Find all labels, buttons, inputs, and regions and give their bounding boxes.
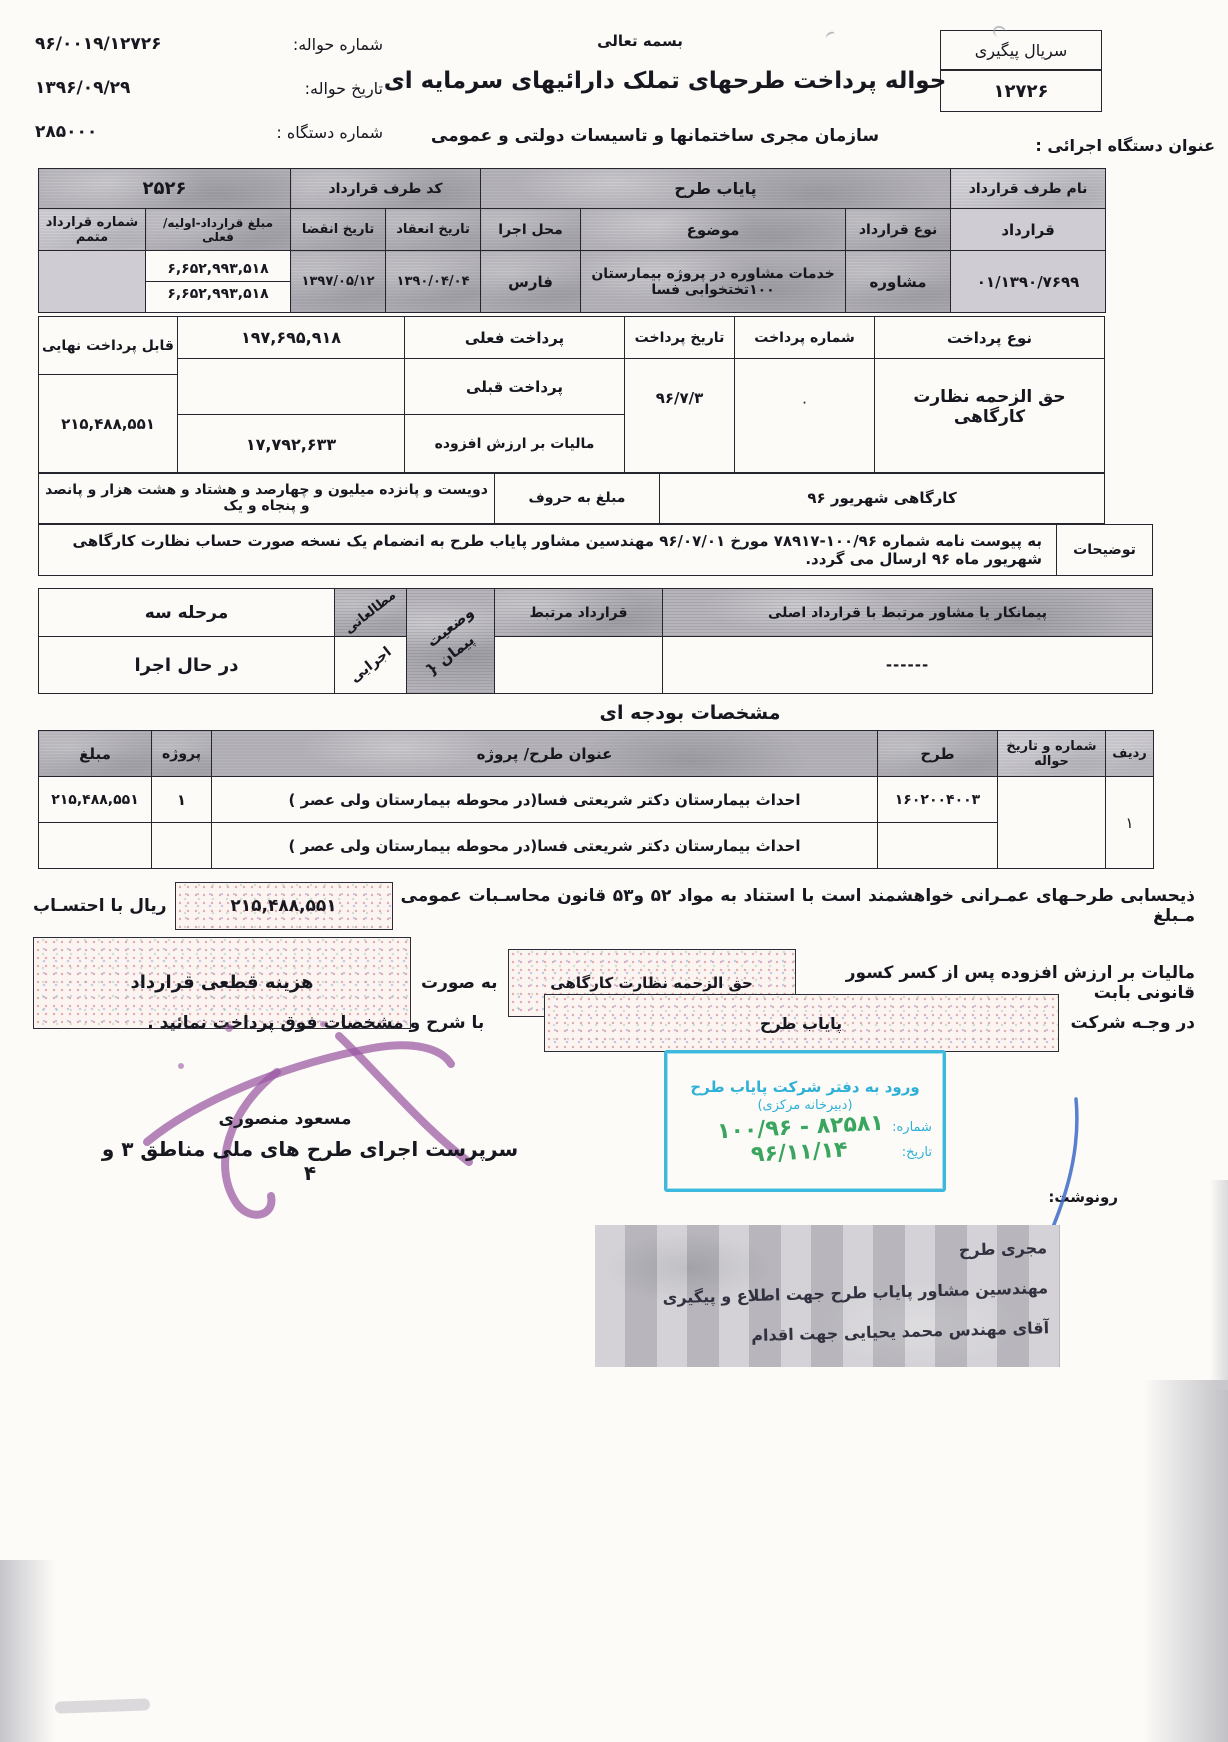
contract-location-value: فارس xyxy=(481,251,581,313)
budget-amount: ۲۱۵,۴۸۸,۵۵۱ xyxy=(39,777,152,823)
contract-location-label: محل اجرا xyxy=(481,209,581,251)
previous-payment-label: پرداخت قبلی xyxy=(404,359,624,414)
executing-organization: سازمان مجری ساختمانها و تاسیسات دولتی و … xyxy=(380,124,930,148)
party-code-value: ۲۵۲۶ xyxy=(39,169,291,209)
contract-party-label: نام طرف قرارداد xyxy=(951,169,1106,209)
bismillah: بسمه تعالی xyxy=(540,30,740,52)
related-consultant-value: ------ xyxy=(663,637,1152,693)
instruction-line1: ذیحسابی طرحـهای عمـرانی خواهشمند است با … xyxy=(33,882,1195,930)
signatory-name: مسعود منصوری xyxy=(175,1106,395,1132)
budget-header-title: عنوان طرح/ پروژه xyxy=(212,731,878,777)
budget-plan-code: ۱۶۰۲۰۰۴۰۰۳ xyxy=(878,777,998,823)
payment-type-label: نوع پرداخت xyxy=(874,317,1104,358)
final-payable-value: ۲۱۵,۴۸۸,۵۵۱ xyxy=(39,375,177,473)
payment-date-value: ۹۶/۷/۳ xyxy=(625,359,734,473)
contract-state-label: وضعیت پیمان { xyxy=(406,589,494,693)
scan-edge-left xyxy=(0,1560,55,1742)
state-exec-text: اجرایی xyxy=(347,644,395,686)
contract-amount-line1: ۶,۶۵۲,۹۹۳,۵۱۸ xyxy=(146,257,290,282)
payment-number-label: شماره پرداخت xyxy=(734,317,874,358)
budget-table: ردیف شماره و تاریخ حواله طرح عنوان طرح/ … xyxy=(38,730,1154,869)
remittance-date-value: ۱۳۹۶/۰۹/۲۹ xyxy=(35,78,130,98)
contract-expiry-value: ۱۳۹۷/۰۵/۱۲ xyxy=(291,251,386,313)
instruction-line2-mid: به صورت xyxy=(421,973,498,993)
budget-amount-2 xyxy=(39,823,152,869)
device-number-value: ۲۸۵۰۰۰ xyxy=(35,122,97,142)
document-title: حواله پرداخت طرحهای تملک دارائیهای سرمای… xyxy=(360,64,970,98)
contract-party-value: پایاب طرح xyxy=(481,169,951,209)
state-exec-label: اجرایی xyxy=(335,637,406,693)
budget-project-no-2 xyxy=(152,823,212,869)
budget-plan-code-2 xyxy=(878,823,998,869)
contract-addendum-value xyxy=(39,251,146,313)
party-code-label: کد طرف قرارداد xyxy=(291,169,481,209)
budget-header-plan: طرح xyxy=(878,731,998,777)
instruction-line1-text: ذیحسابی طرحـهای عمـرانی خواهشمند است با … xyxy=(401,886,1195,926)
state-study-label: مطالعاتی xyxy=(335,589,406,637)
contract-subject-line1: خدمات مشاوره در پروژه بیمارستان xyxy=(585,266,841,282)
contract-number-value: ۰۱/۱۳۹۰/۷۶۹۹ xyxy=(951,251,1106,313)
related-contract-value xyxy=(495,637,662,693)
contract-addendum-label: شماره قرارداد متمم xyxy=(39,209,146,251)
budget-title-line1: احداث بیمارستان دکتر شریعتی فسا(در محوطه… xyxy=(212,777,878,823)
vat-label: مالیات بر ارزش افزوده xyxy=(404,415,624,473)
stamp-line1: ورود به دفتر شرکت پایاب طرح xyxy=(690,1078,919,1096)
copies-block: مجری طرح مهندسین مشاور پایاب طرح جهت اطل… xyxy=(595,1225,1060,1367)
remittance-date-label: تاریخ حواله: xyxy=(305,79,383,98)
payment-type-value: حق الزحمه نظارت کارگاهی xyxy=(874,359,1104,473)
amount-in-words-label: مبلغ به حروف xyxy=(494,473,659,523)
budget-header-ref: شماره و تاریخ حواله xyxy=(998,731,1106,777)
final-payable-label: قابل پرداخت نهایی xyxy=(39,317,177,375)
payment-table: نوع پرداخت شماره پرداخت تاریخ پرداخت حق … xyxy=(38,316,1105,474)
scanned-payment-order-document: سریال پیگیری ۱۲۷۲۶ بسمه تعالی حواله پردا… xyxy=(0,0,1228,1742)
remittance-number-label: شماره حواله: xyxy=(293,35,383,54)
current-payment-label: پرداخت فعلی xyxy=(404,317,624,358)
contract-expiry-label: تاریخ انقضا xyxy=(291,209,386,251)
payee-company-box: پایاب طرح xyxy=(544,994,1059,1052)
remittance-number-value: ۹۶/۰۰۱۹/۱۲۷۲۶ xyxy=(35,34,162,54)
stamp-line2: (دبیرخانه مرکزی) xyxy=(757,1098,852,1113)
contract-type-label: نوع قرارداد xyxy=(846,209,951,251)
related-contract-label: قرارداد مرتبط xyxy=(495,589,662,637)
stamp-date-label: تاریخ: xyxy=(902,1145,932,1160)
amount-in-words-row: کارگاهی شهریور ۹۶ مبلغ به حروف دویست و پ… xyxy=(38,472,1105,524)
contract-amount-line2: ۶,۶۵۲,۹۹۳,۵۱۸ xyxy=(146,282,290,306)
payee-label: در وجـه شرکت xyxy=(1071,1013,1195,1033)
contract-sign-date-value: ۱۳۹۰/۰۴/۰۴ xyxy=(386,251,481,313)
budget-section-title: مشخصات بودجه ای xyxy=(160,700,1220,726)
progress-value: در حال اجرا xyxy=(39,637,334,693)
company-entry-stamp: ورود به دفتر شرکت پایاب طرح (دبیرخانه مر… xyxy=(664,1050,946,1192)
scan-edge-right xyxy=(1143,1380,1228,1742)
state-study-text: مطالعاتی xyxy=(342,588,399,637)
scan-edge-right-upper xyxy=(1210,1180,1228,1390)
device-number-label: شماره دستگاه : xyxy=(276,123,383,142)
instruction-line1-tail: ریال با احتسـاب xyxy=(33,896,167,916)
contract-col-label: قرارداد xyxy=(951,209,1106,251)
scan-streak xyxy=(55,1698,150,1713)
instruction-amount-box: ۲۱۵,۴۸۸,۵۵۱ xyxy=(175,882,393,930)
contract-amount-label: مبلغ قرارداد-اولیه/فعلی xyxy=(146,209,291,251)
budget-header-amount: مبلغ xyxy=(39,731,152,777)
phase-value: مرحله سه xyxy=(39,589,334,637)
current-payment-value: ۱۹۷,۶۹۵,۹۱۸ xyxy=(178,317,404,358)
status-table: پیمانکار یا مشاور مرتبط با قرارداد اصلی … xyxy=(38,588,1153,694)
contract-type-value: مشاوره xyxy=(846,251,951,313)
stamp-date-value: ۹۶/۱۱/۱۴ xyxy=(750,1137,848,1167)
contract-sign-date-label: تاریخ انعقاد xyxy=(386,209,481,251)
notes-text: به پیوست نامه شماره ۱۰۰/۹۶-۷۸۹۱۷ مورخ ۹۶… xyxy=(39,525,1056,575)
budget-title-line2: احداث بیمارستان دکتر شریعتی فسا(در محوطه… xyxy=(212,823,878,869)
payment-number-value: ۰ xyxy=(734,359,874,473)
vat-value: ۱۷,۷۹۲,۶۳۳ xyxy=(178,415,404,473)
budget-row-no: ۱ xyxy=(1106,777,1154,869)
budget-header-project: پروژه xyxy=(152,731,212,777)
payment-date-label: تاریخ پرداخت xyxy=(625,317,734,358)
payment-period-value: کارگاهی شهریور ۹۶ xyxy=(659,473,1104,523)
related-consultant-label: پیمانکار یا مشاور مرتبط با قرارداد اصلی xyxy=(663,589,1152,637)
signatory-title: سرپرست اجرای طرح های ملی مناطق ۳ و ۴ xyxy=(95,1146,525,1176)
previous-payment-value xyxy=(178,359,404,414)
contract-subject-line2: ۱۰۰تختخوابی فسا xyxy=(585,282,841,298)
header-reference-fields: شماره حواله: ۹۶/۰۰۱۹/۱۲۷۲۶ تاریخ حواله: … xyxy=(35,22,383,154)
scan-artifact xyxy=(825,31,838,44)
contract-subject-value: خدمات مشاوره در پروژه بیمارستان ۱۰۰تختخو… xyxy=(581,251,846,313)
stamp-number-label: شماره: xyxy=(892,1120,932,1135)
agency-title-label: عنوان دستگاه اجرائی : xyxy=(1035,136,1215,155)
amount-in-words-value: دویست و پانزده میلیون و چهارصد و هشتاد و… xyxy=(39,473,494,523)
budget-header-row-no: ردیف xyxy=(1106,731,1154,777)
budget-project-no: ۱ xyxy=(152,777,212,823)
budget-ref-value xyxy=(998,777,1106,869)
contract-amount-value: ۶,۶۵۲,۹۹۳,۵۱۸ ۶,۶۵۲,۹۹۳,۵۱۸ xyxy=(146,251,291,313)
notes-label: توضیحات xyxy=(1056,525,1152,575)
contract-info-table: نام طرف قرارداد پایاب طرح کد طرف قرارداد… xyxy=(38,168,1106,313)
contract-subject-label: موضوع xyxy=(581,209,846,251)
notes-row: توضیحات به پیوست نامه شماره ۱۰۰/۹۶-۷۸۹۱۷… xyxy=(38,524,1153,576)
